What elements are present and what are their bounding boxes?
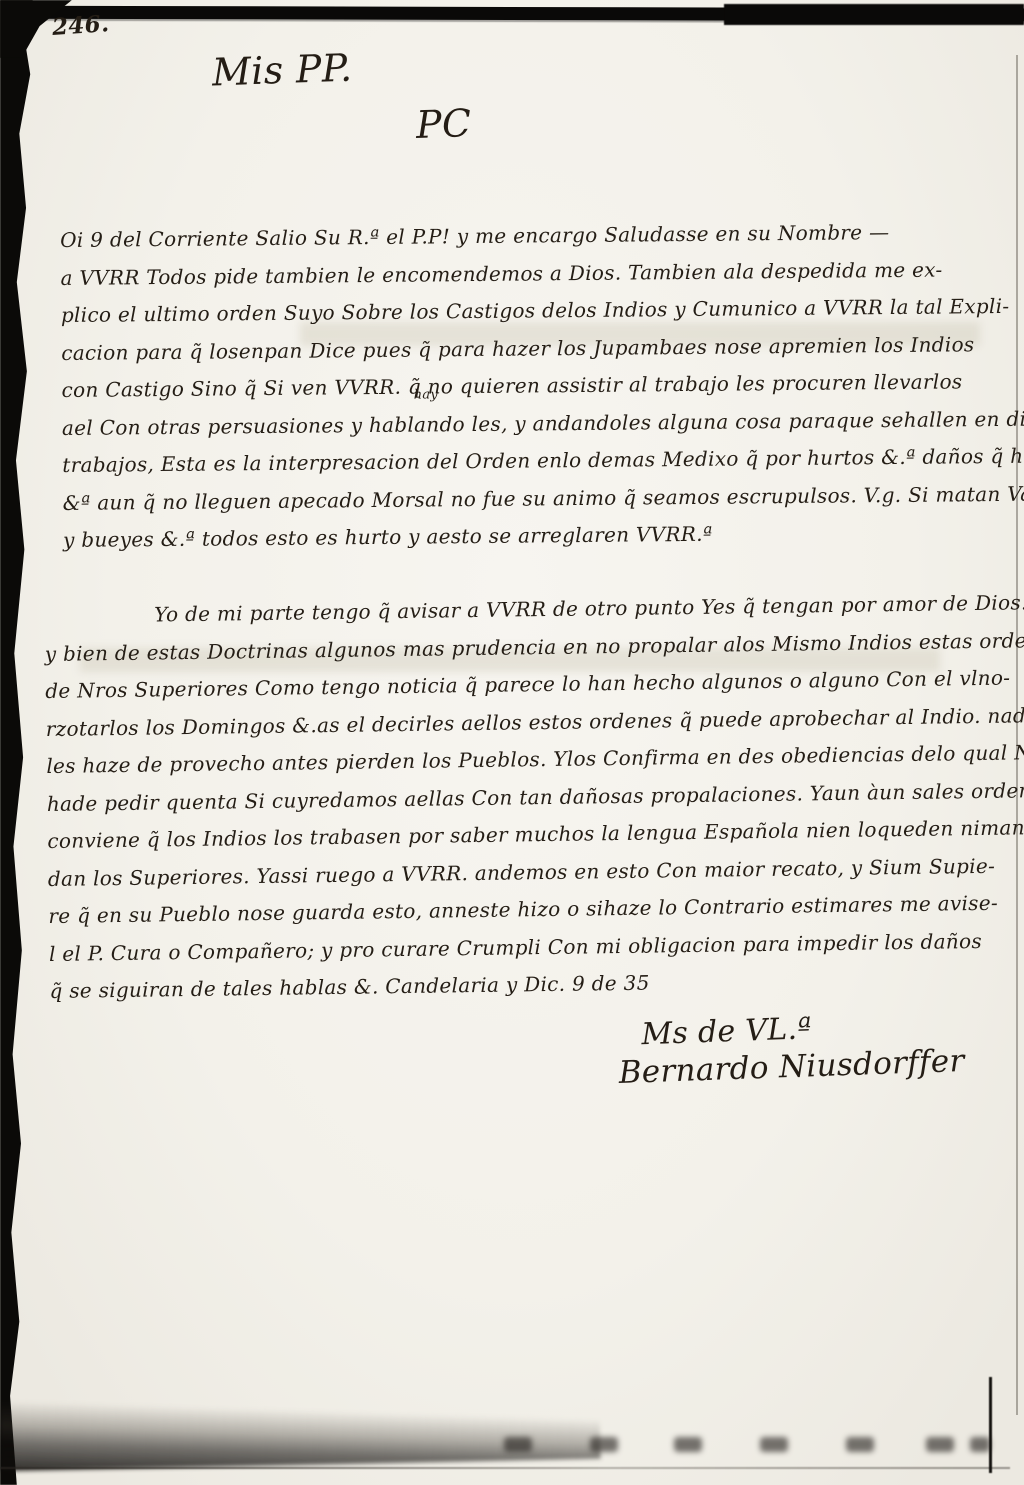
scan-bottom-smudge <box>0 1389 601 1472</box>
letter-paragraph-1: Oi 9 del Corriente Salio Su R.ª el P.P! … <box>60 213 1011 560</box>
scan-right-crease-line <box>1016 55 1018 1415</box>
binding-mark <box>590 1437 618 1452</box>
binding-mark <box>760 1437 788 1452</box>
binding-mark <box>504 1437 532 1452</box>
manuscript-line: y bueyes &.ª todos esto es hurto y aesto… <box>63 513 1011 560</box>
letter-monogram: PC <box>415 101 472 147</box>
binding-mark <box>970 1437 990 1452</box>
binding-mark <box>926 1437 954 1452</box>
scan-right-corner-line <box>989 1377 992 1473</box>
binding-mark <box>846 1437 874 1452</box>
manuscript-page: 246. Mis PP. PC Oi 9 del Corriente Salio… <box>0 0 1024 1485</box>
letter-salutation: Mis PP. <box>211 46 353 95</box>
closing-block: Ms de VL.ª Bernardo Niusdorffer <box>617 1006 965 1091</box>
scan-top-edge-right <box>724 4 1024 25</box>
letter-paragraph-2: Yo de mi parte tengo q̃ avisar a VVRR de… <box>44 585 1014 1011</box>
binding-marks <box>498 1437 998 1457</box>
scan-bottom-hairline <box>0 1467 1010 1469</box>
interlinear-insertion: hay <box>414 376 439 414</box>
scan-left-ragged-edge <box>0 0 42 1485</box>
binding-mark <box>674 1437 702 1452</box>
folio-number: 246. <box>51 10 110 41</box>
